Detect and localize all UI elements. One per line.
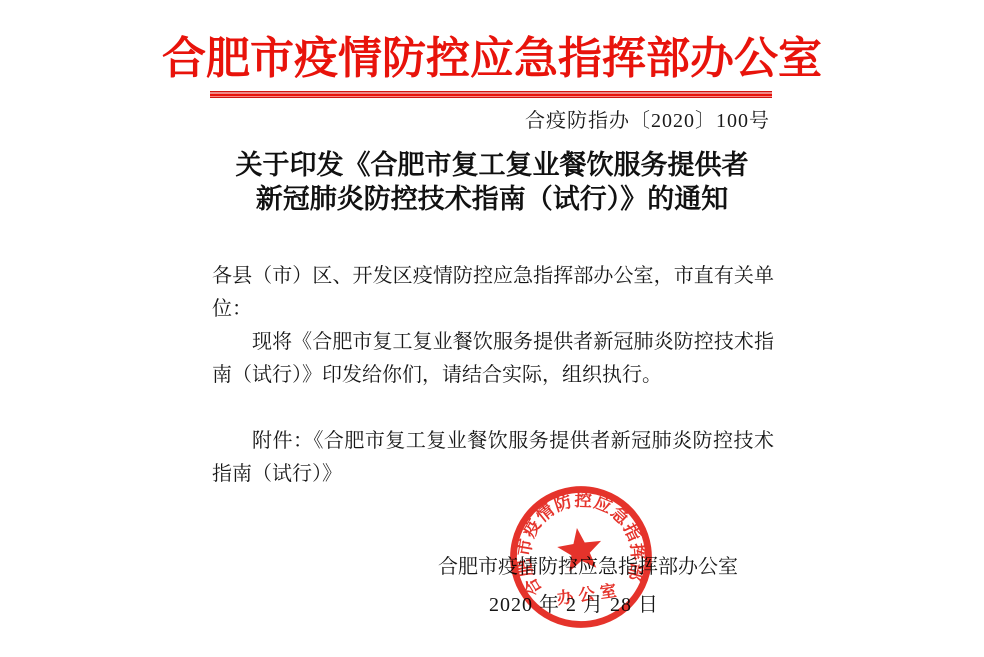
signature-date: 2020 年 2 月 28 日 (466, 588, 682, 617)
seal-arc-text: 合肥市疫情防控应急指挥部 (506, 482, 653, 601)
official-notice-page: 合肥市疫情防控应急指挥部办公室 合疫防指办〔2020〕100号 关于印发《合肥市… (0, 0, 984, 657)
notice-title-line1: 关于印发《合肥市复工复业餐饮服务提供者 (0, 148, 984, 182)
svg-text:合肥市疫情防控应急指挥部: 合肥市疫情防控应急指挥部 (506, 482, 653, 601)
body-paragraph: 现将《合肥市复工复业餐饮服务提供者新冠肺炎防控技术指南（试行）》印发给你们，请结… (212, 326, 774, 392)
notice-body: 各县（市）区、开发区疫情防控应急指挥部办公室，市直有关单位： 现将《合肥市复工复… (212, 260, 774, 491)
notice-title: 关于印发《合肥市复工复业餐饮服务提供者 新冠肺炎防控技术指南（试行）》的通知 (0, 148, 984, 216)
salutation-line: 各县（市）区、开发区疫情防控应急指挥部办公室，市直有关单位： (212, 260, 774, 326)
red-divider-rule (210, 91, 772, 98)
attachment-line: 附件：《合肥市复工复业餐饮服务提供者新冠肺炎防控技术指南（试行）》 (212, 425, 774, 491)
notice-title-line2: 新冠肺炎防控技术指南（试行）》的通知 (0, 182, 984, 216)
signature-issuer: 合肥市疫情防控应急指挥部办公室 (437, 550, 739, 579)
red-letterhead-title: 合肥市疫情防控应急指挥部办公室 (0, 22, 984, 86)
document-number: 合疫防指办〔2020〕100号 (525, 104, 770, 133)
